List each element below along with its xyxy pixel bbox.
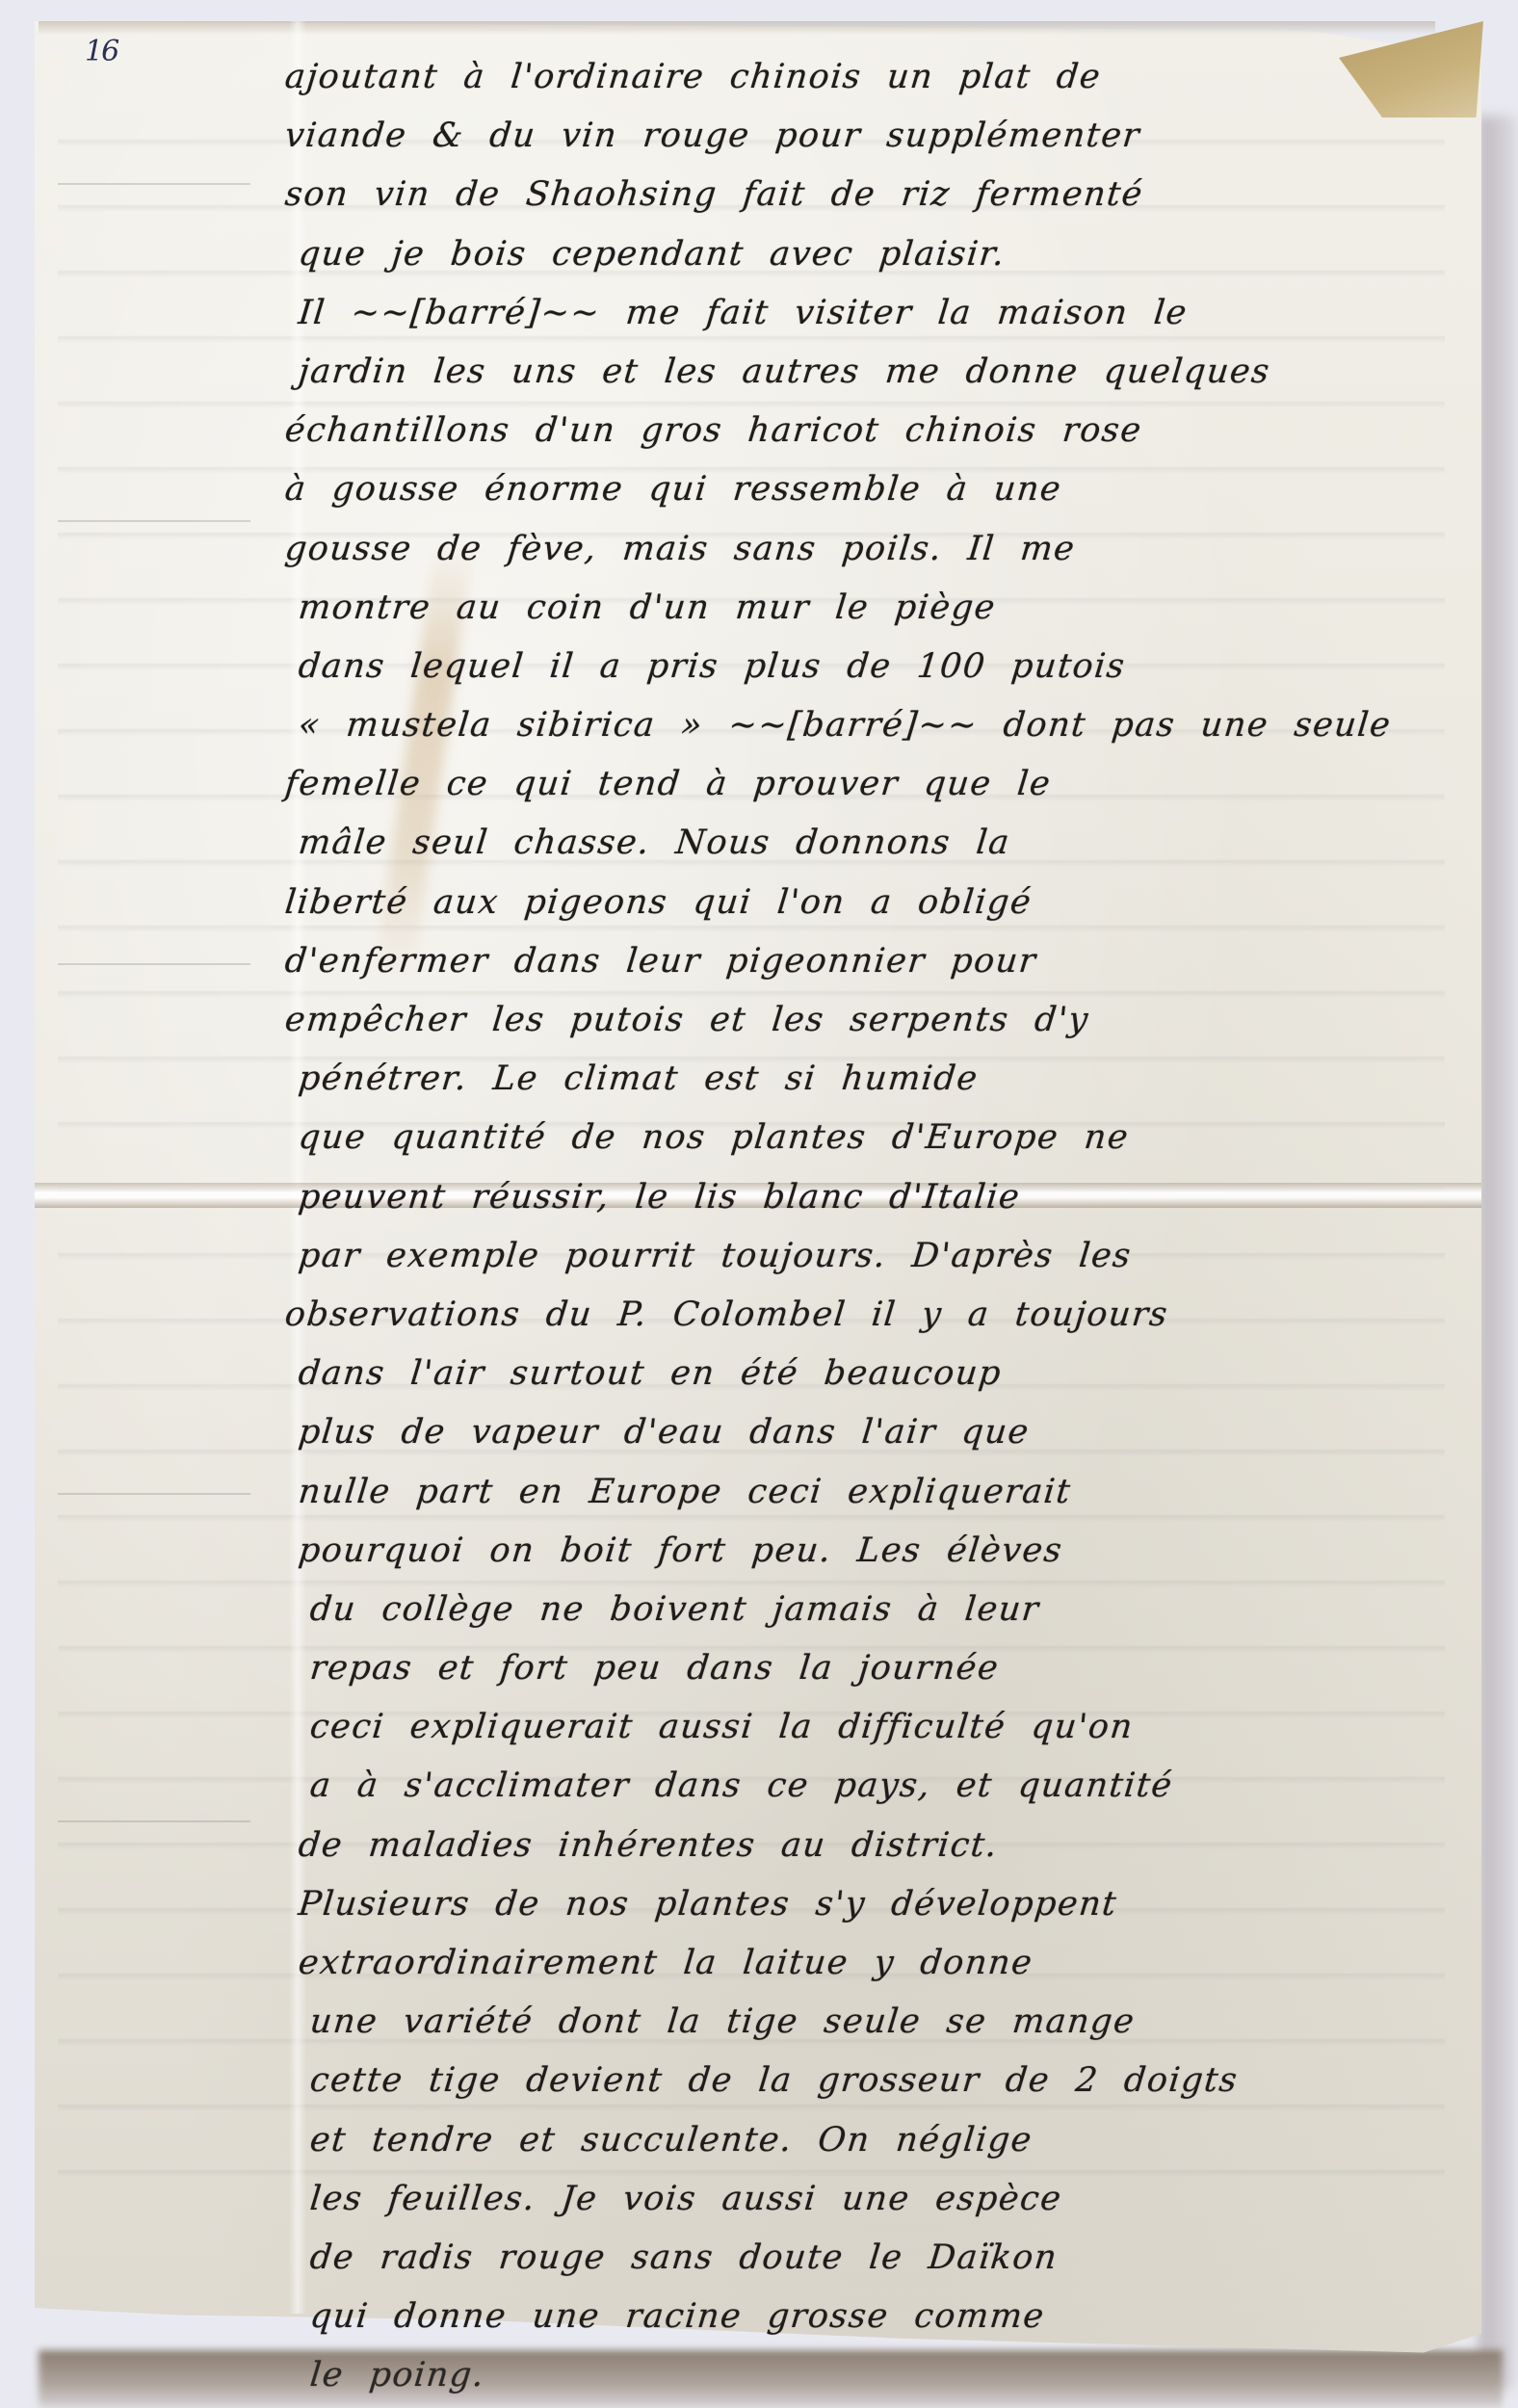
text-line: dans lequel il a pris plus de 100 putois — [282, 638, 1463, 696]
text-line: pourquoi on boit fort peu. Les élèves — [282, 1522, 1463, 1581]
text-line: empêcher les putois et les serpents d'y — [282, 991, 1463, 1050]
text-line: qui donne une racine grosse comme — [282, 2288, 1463, 2346]
paper-top-edge-stain — [39, 21, 1435, 35]
text-line: montre au coin d'un mur le piège — [282, 579, 1463, 638]
text-line: dans l'air surtout en été beaucoup — [282, 1345, 1463, 1403]
page-number: 16 — [85, 35, 118, 68]
margin-bleed-mark — [58, 963, 250, 965]
text-line: « mustela sibirica » ~~[barré]~~ dont pa… — [282, 696, 1463, 755]
text-line: jardin les uns et les autres me donne qu… — [282, 343, 1463, 402]
text-line: a à s'acclimater dans ce pays, et quanti… — [282, 1757, 1463, 1816]
text-line: et tendre et succulente. On néglige — [282, 2111, 1463, 2170]
text-line: de maladies inhérentes au district. — [282, 1817, 1463, 1875]
text-line: à gousse énorme qui ressemble à une — [282, 460, 1463, 519]
text-line: femelle ce qui tend à prouver que le — [282, 755, 1463, 814]
text-line: observations du P. Colombel il y a toujo… — [282, 1286, 1463, 1345]
text-line: plus de vapeur d'eau dans l'air que — [282, 1403, 1463, 1462]
text-line: repas et fort peu dans la journée — [282, 1639, 1463, 1698]
text-line: Il ~~[barré]~~ me fait visiter la maison… — [282, 284, 1463, 343]
text-line: une variété dont la tige seule se mange — [282, 1993, 1463, 2052]
text-line: du collège ne boivent jamais à leur — [282, 1581, 1463, 1639]
text-line: d'enfermer dans leur pigeonnier pour — [282, 932, 1463, 991]
letter-body: ajoutant à l'ordinaire chinois un plat d… — [285, 48, 1460, 2406]
text-line: que quantité de nos plantes d'Europe ne — [282, 1109, 1463, 1167]
margin-bleed-mark — [58, 1820, 250, 1822]
text-line: échantillons d'un gros haricot chinois r… — [282, 402, 1463, 460]
text-line: ajoutant à l'ordinaire chinois un plat d… — [282, 48, 1463, 107]
text-line: peuvent réussir, le lis blanc d'Italie — [282, 1168, 1463, 1227]
text-line: par exemple pourrit toujours. D'après le… — [282, 1227, 1463, 1286]
page-shadow-right — [1479, 116, 1517, 2389]
text-line: son vin de Shaohsing fait de riz ferment… — [282, 166, 1463, 224]
text-line: cette tige devient de la grosseur de 2 d… — [282, 2052, 1463, 2110]
text-line: ceci expliquerait aussi la difficulté qu… — [282, 1698, 1463, 1757]
text-line: le poing. — [282, 2346, 1463, 2405]
text-line: extraordinairement la laitue y donne — [282, 1934, 1463, 1993]
margin-bleed-mark — [58, 1493, 250, 1495]
text-line: Plusieurs de nos plantes s'y développent — [282, 1875, 1463, 1934]
margin-bleed-mark — [58, 520, 250, 522]
text-line: que je bois cependant avec plaisir. — [282, 225, 1463, 284]
margin-bleed-mark — [58, 183, 250, 185]
text-line: mâle seul chasse. Nous donnons la — [282, 814, 1463, 873]
text-line: gousse de fève, mais sans poils. Il me — [282, 520, 1463, 579]
text-line: liberté aux pigeons qui l'on a obligé — [282, 874, 1463, 932]
text-line: viande & du vin rouge pour supplémenter — [282, 107, 1463, 166]
text-line: de radis rouge sans doute le Daïkon — [282, 2229, 1463, 2288]
text-line: nulle part en Europe ceci expliquerait — [282, 1463, 1463, 1522]
text-line: pénétrer. Le climat est si humide — [282, 1050, 1463, 1109]
text-line: les feuilles. Je vois aussi une espèce — [282, 2170, 1463, 2229]
